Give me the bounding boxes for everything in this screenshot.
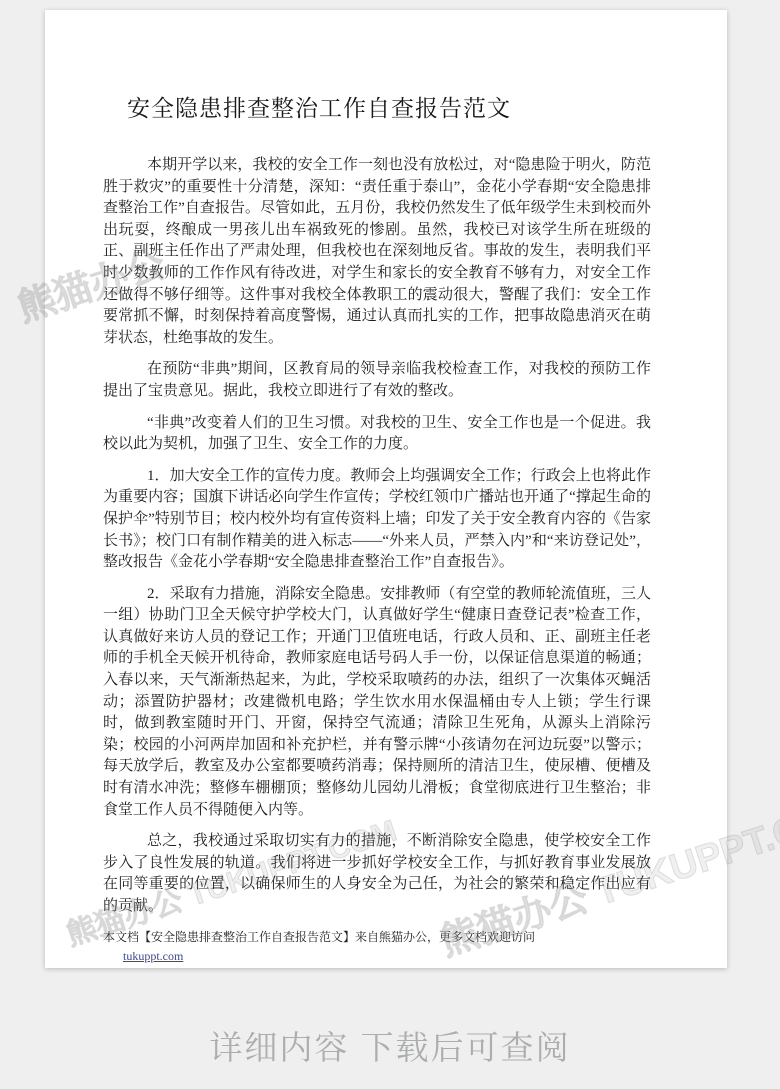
paragraph-2: 在预防“非典”期间，区教育局的领导亲临我校检查工作，对我校的预防工作提出了宝贵意… (103, 359, 651, 402)
document-body: 本期开学以来，我校的安全工作一刻也没有放松过，对“隐患险于明火，防范胜于救灾”的… (103, 155, 651, 918)
source-link[interactable]: tukuppt.com (123, 947, 183, 966)
paragraph-6: 总之，我校通过采取切实有力的措施，不断消除安全隐患，使学校安全工作步入了良性发展… (103, 831, 651, 917)
paragraph-4: 1．加大安全工作的宣传力度。教师会上均强调安全工作；行政会上也将此作为重要内容；… (103, 466, 651, 574)
document-title: 安全隐患排查整治工作自查报告范文 (127, 90, 651, 123)
document-page: 安全隐患排查整治工作自查报告范文 本期开学以来，我校的安全工作一刻也没有放松过，… (45, 10, 727, 968)
paragraph-3: “非典”改变着人们的卫生习惯。对我校的卫生、安全工作也是一个促进。我校以此为契机… (103, 413, 651, 456)
preview-background: 安全隐患排查整治工作自查报告范文 本期开学以来，我校的安全工作一刻也没有放松过，… (0, 0, 780, 1089)
paragraph-1: 本期开学以来，我校的安全工作一刻也没有放松过，对“隐患险于明火，防范胜于救灾”的… (103, 155, 651, 349)
source-note: 本文档【安全隐患排查整治工作自查报告范文】来自熊猫办公，更多文档欢迎访问 (103, 928, 651, 947)
bottom-caption: 详细内容 下载后可查阅 (0, 1022, 780, 1069)
paragraph-5: 2．采取有力措施，消除安全隐患。安排教师（有空堂的教师轮流值班，三人一组）协助门… (103, 584, 651, 822)
